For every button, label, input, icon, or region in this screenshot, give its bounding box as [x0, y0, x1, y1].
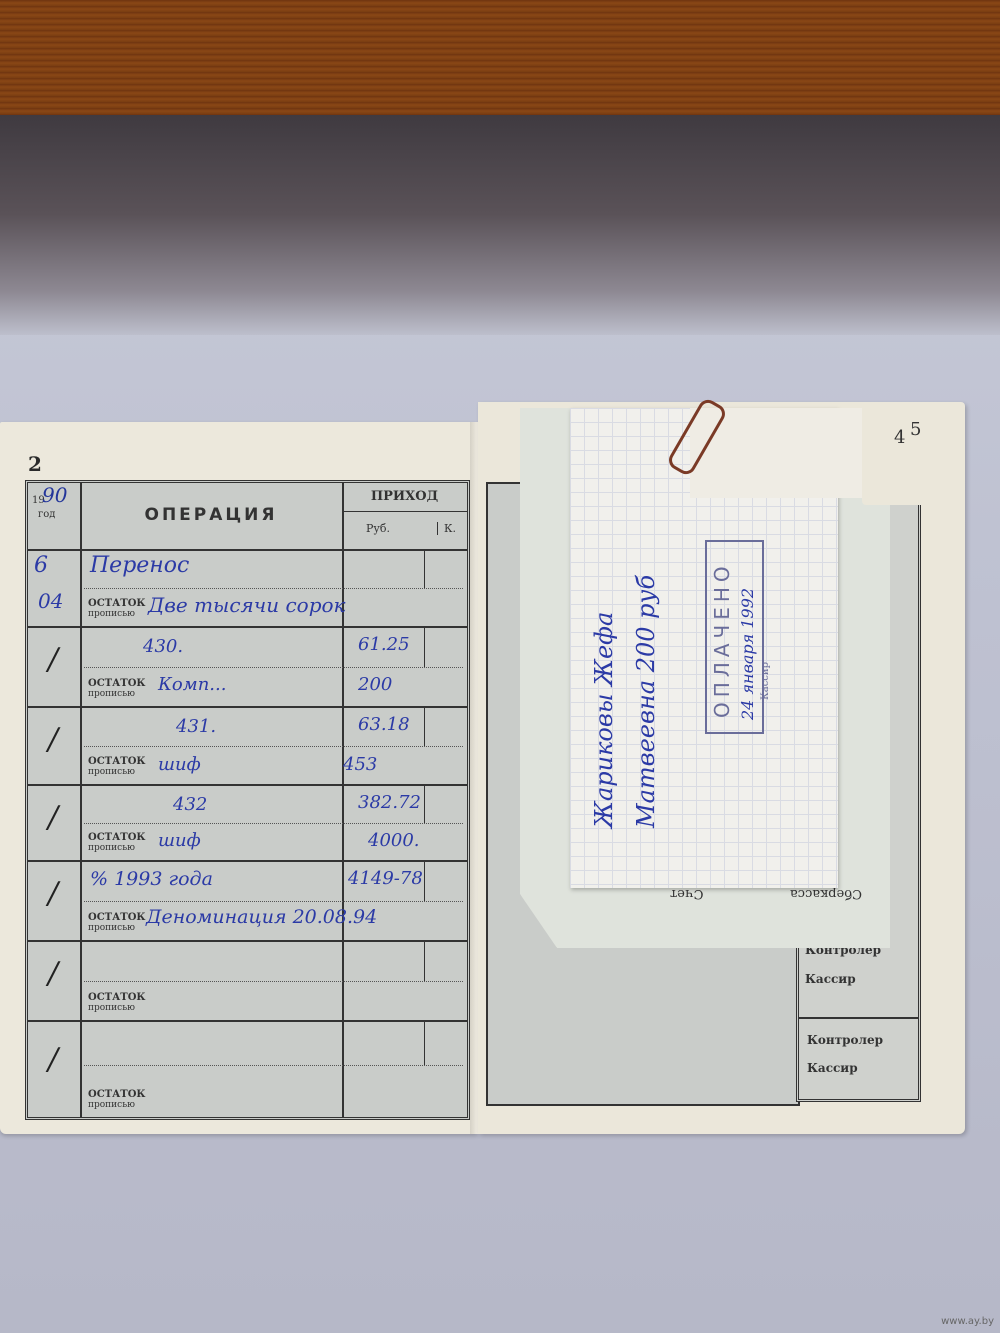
page-number-tab: 4 5 [862, 405, 962, 505]
balance-label: ОСТАТОКпрописью [88, 756, 146, 778]
kop-label: К. [437, 522, 456, 535]
background-shadow [0, 115, 1000, 335]
cashier-label: Кассир [805, 972, 856, 986]
row-balance-words: Деноминация 20.08.94 [146, 906, 377, 928]
row-amount: 382.72 [358, 792, 421, 813]
row-balance-words: шиф [158, 830, 201, 851]
row-balance: 4000. [368, 830, 420, 851]
page-number: 4 [894, 427, 905, 448]
paid-stamp-date: 24 января 1992 [738, 588, 757, 720]
row-date: / [48, 800, 58, 835]
cashier-label: Кассир [807, 1061, 858, 1075]
row-operation: 432 [173, 794, 207, 815]
income-column-header: ПРИХОД Руб. К. [342, 483, 467, 549]
ledger-table: 19 90 год ОПЕРАЦИЯ ПРИХОД Руб. К. [25, 480, 470, 1120]
ledger-row: / 432 382.72 ОСТАТОКпрописью шиф 4000. [28, 786, 467, 862]
row-date: / [48, 1042, 58, 1077]
year-handwritten: 90 [42, 483, 67, 507]
row-date: / [48, 642, 58, 677]
row-balance-words: шиф [158, 754, 201, 775]
page-number: 2 [28, 452, 42, 476]
row-date: / [48, 876, 58, 911]
operation-title: ОПЕРАЦИЯ [80, 505, 342, 525]
ledger-row: / ОСТАТОКпрописью [28, 1022, 467, 1117]
balance-label: ОСТАТОКпрописью [88, 1089, 146, 1111]
row-operation: 431. [176, 716, 216, 737]
ledger-header: 19 90 год ОПЕРАЦИЯ ПРИХОД Руб. К. [28, 483, 467, 551]
ledger-row: / 430. 61.25 ОСТАТОКпрописью Комп... 200 [28, 628, 467, 708]
balance-label: ОСТАТОКпрописью [88, 832, 146, 854]
account-label: Счет [670, 886, 703, 901]
page-number: 5 [910, 419, 921, 440]
ledger-row: / 431. 63.18 ОСТАТОКпрописью шиф 453 [28, 708, 467, 786]
row-balance: 453 [343, 754, 377, 775]
balance-label: ОСТАТОКпрописью [88, 992, 146, 1014]
year-column-header: 19 90 год [28, 483, 82, 549]
row-date: / [48, 722, 58, 757]
wooden-surface [0, 0, 1000, 120]
income-subheader: Руб. К. [342, 511, 467, 550]
row-date: / [48, 956, 58, 991]
year-label: год [38, 509, 55, 520]
watermark: www.ay.by [941, 1316, 994, 1327]
row-amount: 63.18 [358, 714, 410, 735]
paid-stamp-text: ОПЛАЧЕНО [710, 561, 734, 718]
row-amount: 61.25 [358, 634, 410, 655]
operation-column-header: ОПЕРАЦИЯ [80, 483, 344, 549]
receipt-name-line: Жариковы Жефа [590, 612, 618, 828]
row-balance: 200 [358, 674, 392, 695]
balance-label: ОСТАТОКпрописью [88, 912, 146, 934]
balance-label: ОСТАТОКпрописью [88, 678, 146, 700]
income-title: ПРИХОД [342, 489, 467, 504]
row-date-bottom: 04 [38, 589, 63, 613]
row-balance-words: Комп... [158, 674, 226, 695]
row-operation: Перенос [90, 553, 189, 578]
receipt-amount-line: Матвеевна 200 руб [632, 575, 660, 828]
savings-bank-label: Сберкасса [790, 886, 862, 901]
ledger-row: 6 04 Перенос ОСТАТОКпрописью Две тысячи … [28, 549, 467, 628]
balance-label: ОСТАТОКпрописью [88, 598, 146, 620]
rub-label: Руб. [366, 522, 390, 535]
ledger-row: / ОСТАТОКпрописью [28, 942, 467, 1022]
row-operation: % 1993 года [90, 868, 213, 890]
row-balance-words: Две тысячи сорок [148, 593, 346, 617]
row-date: 6 [34, 553, 48, 578]
row-operation: 430. [143, 636, 183, 657]
paid-stamp-cashier: Кассир [760, 662, 771, 700]
ledger-row: / % 1993 года 4149-78 ОСТАТОКпрописью Де… [28, 862, 467, 942]
controller-label: Контролер [807, 1033, 883, 1047]
row-amount: 4149-78 [348, 868, 423, 889]
left-page: 2 19 90 год ОПЕРАЦИЯ ПРИХОД Руб. К. [0, 422, 478, 1134]
